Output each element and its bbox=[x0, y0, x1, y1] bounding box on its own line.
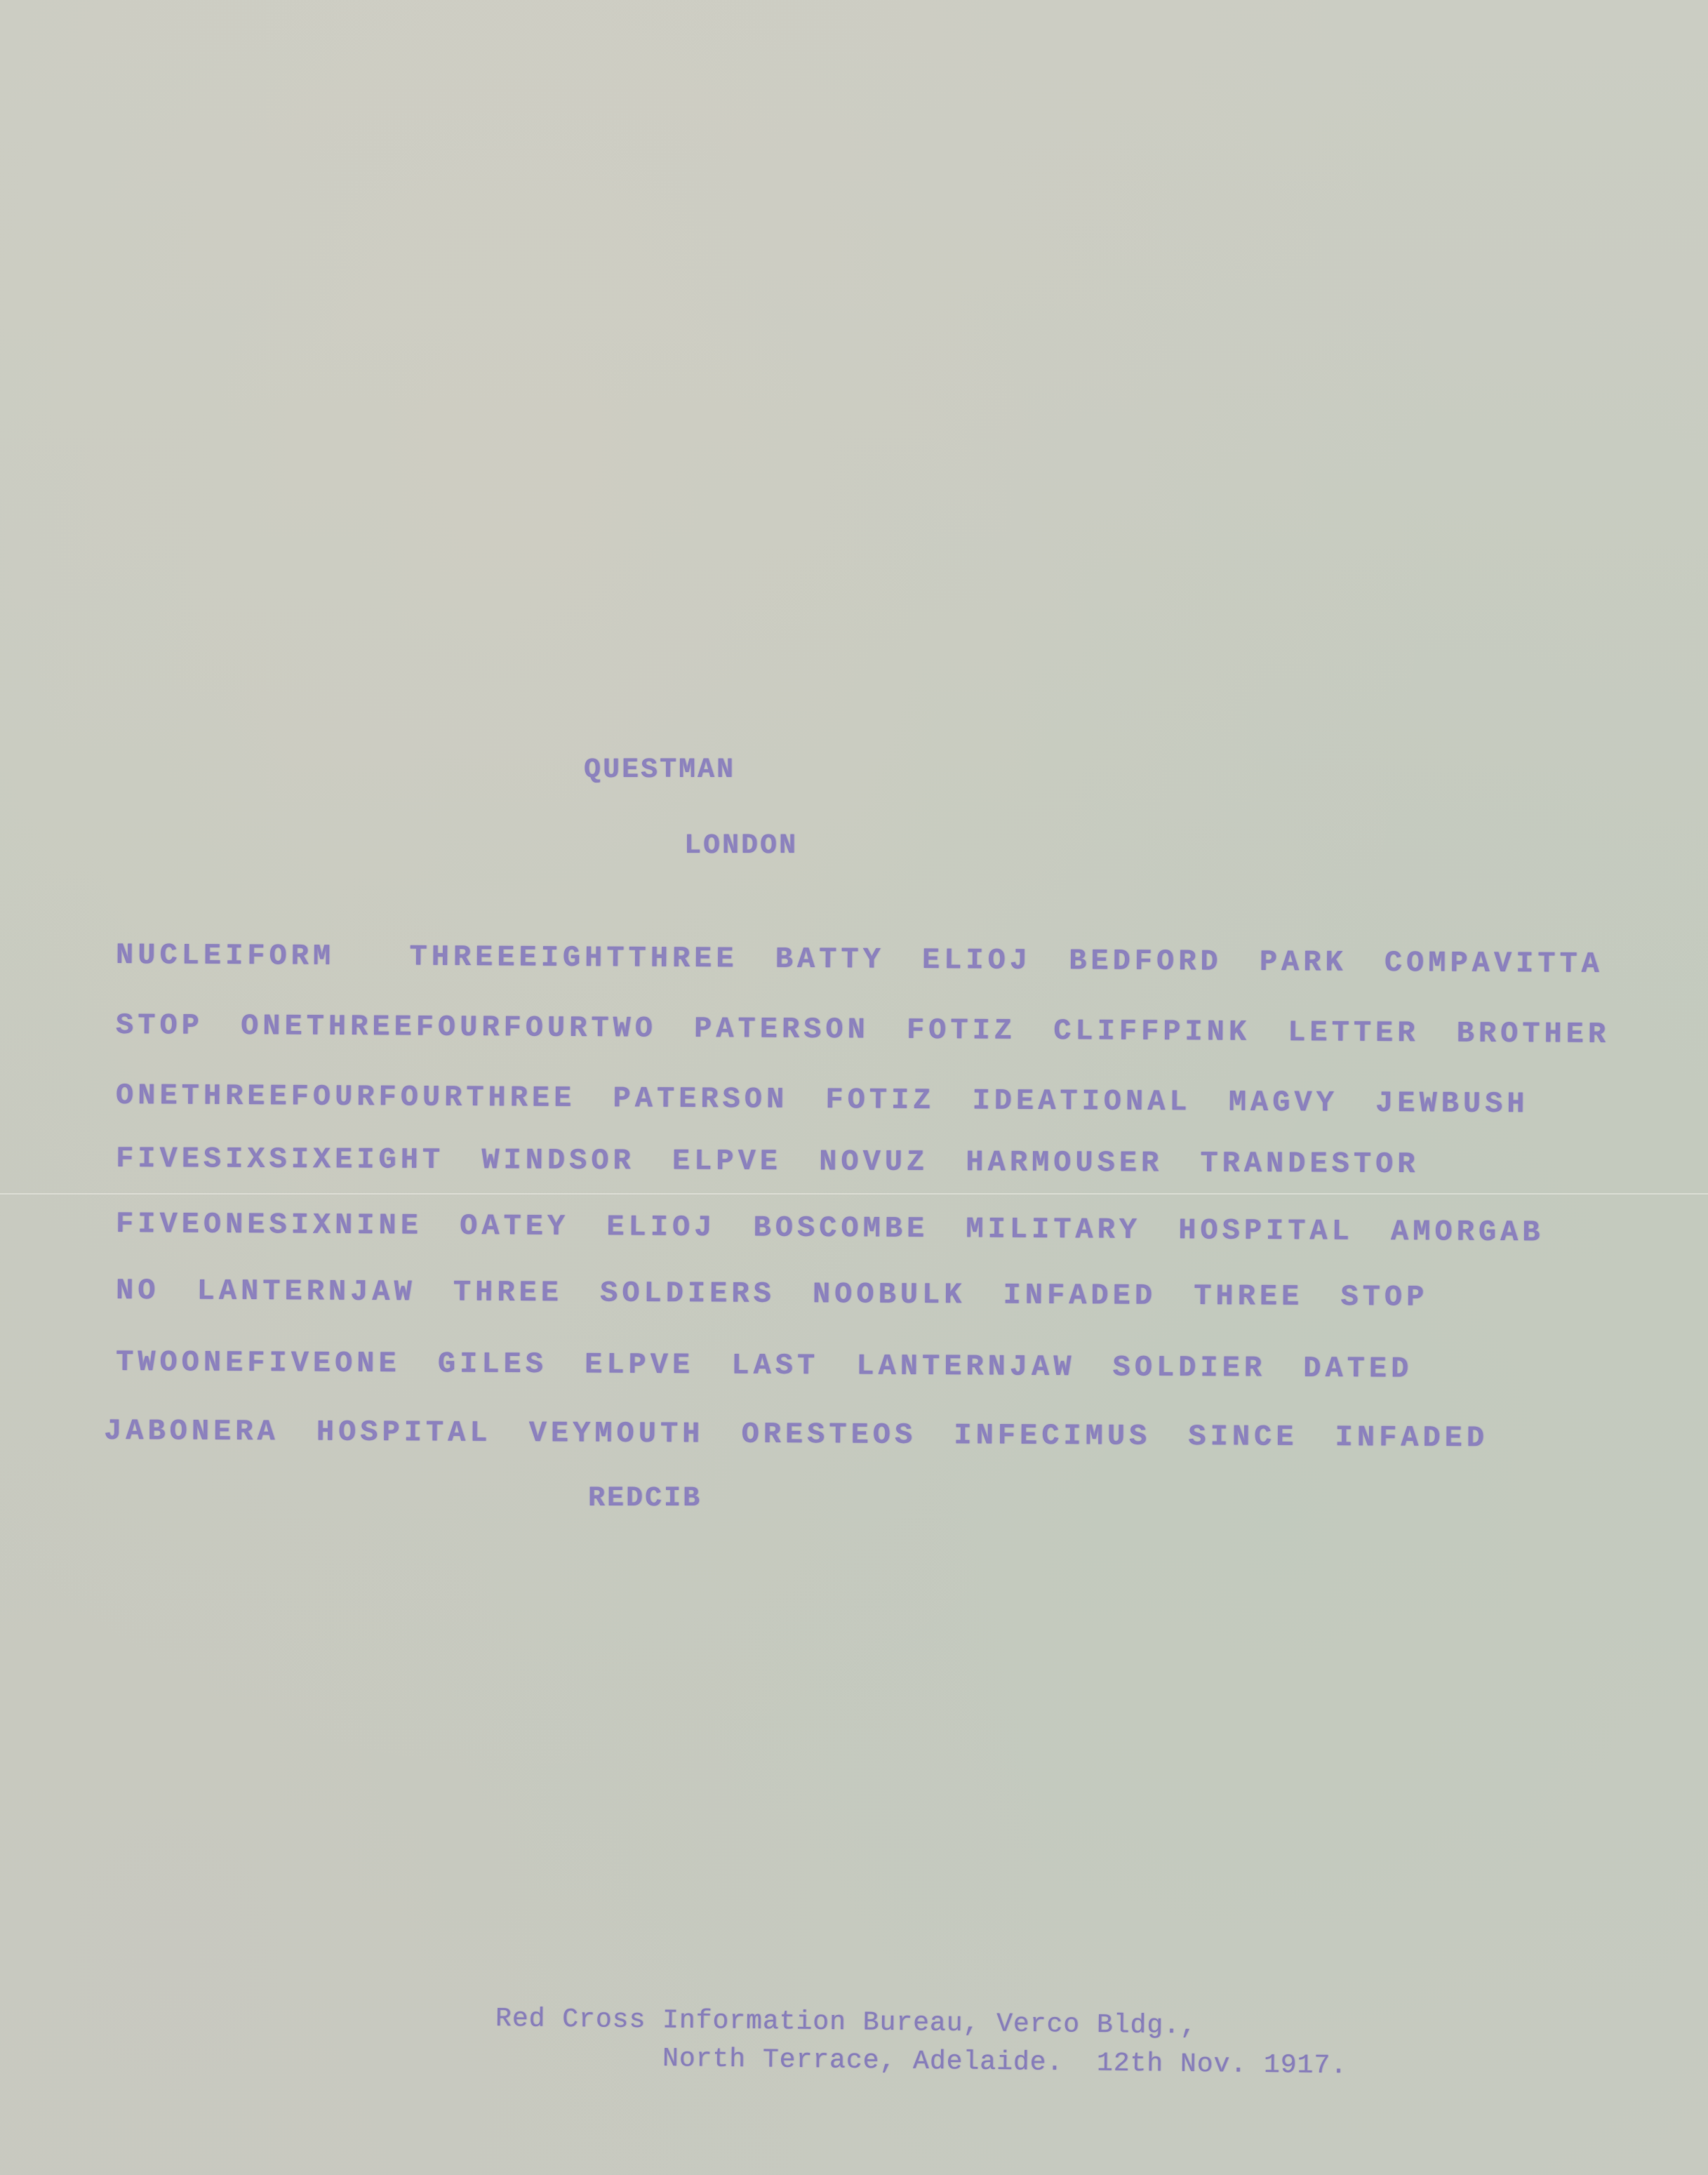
cable-signature: REDCIB bbox=[588, 1483, 702, 1515]
cable-body-line: NUCLEIFORM THREEEIGHTTHREE BATTY ELIOJ B… bbox=[116, 938, 1603, 981]
sender-address-line-1: Red Cross Information Bureau, Verco Bldg… bbox=[495, 2004, 1197, 2041]
cable-body-line: TWOONEFIVEONE GILES ELPVE LAST LANTERNJA… bbox=[116, 1345, 1413, 1386]
sender-address-line-2: North Terrace, Adelaide. 12th Nov. 1917. bbox=[662, 2044, 1347, 2081]
paper-fold-crease bbox=[0, 1193, 1708, 1195]
cable-body-line: STOP ONETHREEFOURFOURTWO PATERSON FOTIZ … bbox=[116, 1009, 1610, 1051]
cable-body-line: ONETHREEFOURFOURTHREE PATERSON FOTIZ IDE… bbox=[116, 1079, 1529, 1121]
cable-destination-city: LONDON bbox=[684, 830, 798, 862]
cable-addressee: QUESTMAN bbox=[584, 754, 735, 786]
cable-body-line: NO LANTERNJAW THREE SOLDIERS NOOBULK INF… bbox=[116, 1274, 1428, 1315]
cable-body-line: FIVESIXSIXEIGHT WINDSOR ELPVE NOVUZ HARM… bbox=[116, 1142, 1420, 1181]
cable-body-line: FIVEONESIXNINE OATEY ELIOJ BOSCOMBE MILI… bbox=[116, 1207, 1544, 1249]
cable-body-line: JABONERA HOSPITAL VEYMOUTH ORESTEOS INFE… bbox=[104, 1414, 1488, 1455]
